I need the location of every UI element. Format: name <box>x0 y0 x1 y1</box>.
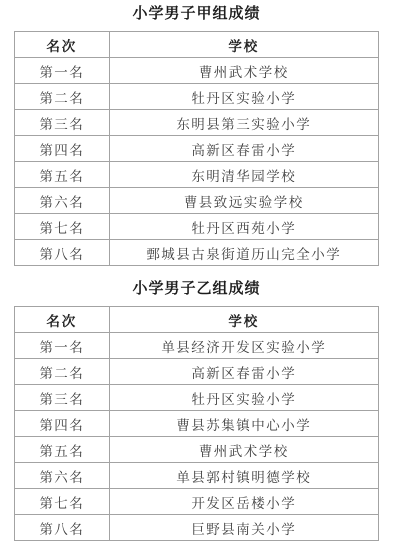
header-cell-rank: 名次 <box>15 307 110 333</box>
school-cell: 高新区春雷小学 <box>109 359 378 385</box>
school-cell: 牡丹区实验小学 <box>109 84 378 110</box>
table-row: 第五名 东明清华园学校 <box>15 162 379 188</box>
rank-cell: 第三名 <box>15 385 110 411</box>
table-row: 第八名 鄄城县古泉街道历山完全小学 <box>15 240 379 266</box>
results-document: 小学男子甲组成绩 名次 学校 第一名 曹州武术学校 第二名 牡丹区实验小学 <box>0 0 393 541</box>
rank-cell: 第七名 <box>15 214 110 240</box>
table-row: 第二名 牡丹区实验小学 <box>15 84 379 110</box>
table-row: 第六名 曹县致远实验学校 <box>15 188 379 214</box>
school-cell: 巨野县南关小学 <box>109 515 378 541</box>
school-cell: 曹州武术学校 <box>109 437 378 463</box>
header-row: 名次 学校 <box>15 307 379 333</box>
rank-cell: 第六名 <box>15 463 110 489</box>
header-cell-rank: 名次 <box>15 32 110 58</box>
rank-cell: 第八名 <box>15 515 110 541</box>
rank-cell: 第一名 <box>15 333 110 359</box>
table-row: 第三名 东明县第三实验小学 <box>15 110 379 136</box>
school-cell: 高新区春雷小学 <box>109 136 378 162</box>
header-cell-school: 学校 <box>109 32 378 58</box>
table-row: 第三名 牡丹区实验小学 <box>15 385 379 411</box>
table-row: 第四名 高新区春雷小学 <box>15 136 379 162</box>
rank-cell: 第六名 <box>15 188 110 214</box>
table-title-group-b: 小学男子乙组成绩 <box>14 280 379 298</box>
school-cell: 曹县致远实验学校 <box>109 188 378 214</box>
rank-cell: 第八名 <box>15 240 110 266</box>
table-row: 第二名 高新区春雷小学 <box>15 359 379 385</box>
rank-cell: 第一名 <box>15 58 110 84</box>
table-row: 第四名 曹县苏集镇中心小学 <box>15 411 379 437</box>
results-table-group-b: 名次 学校 第一名 单县经济开发区实验小学 第二名 高新区春雷小学 第三名 牡丹… <box>14 306 379 541</box>
table-row: 第七名 开发区岳楼小学 <box>15 489 379 515</box>
rank-cell: 第四名 <box>15 136 110 162</box>
table-row: 第七名 牡丹区西苑小学 <box>15 214 379 240</box>
rank-cell: 第二名 <box>15 84 110 110</box>
rank-cell: 第五名 <box>15 162 110 188</box>
header-cell-school: 学校 <box>109 307 378 333</box>
rank-cell: 第三名 <box>15 110 110 136</box>
school-cell: 单县郭村镇明德学校 <box>109 463 378 489</box>
school-cell: 东明清华园学校 <box>109 162 378 188</box>
group-a-section: 小学男子甲组成绩 名次 学校 第一名 曹州武术学校 第二名 牡丹区实验小学 <box>14 5 379 266</box>
header-row: 名次 学校 <box>15 32 379 58</box>
table-row: 第八名 巨野县南关小学 <box>15 515 379 541</box>
school-cell: 曹州武术学校 <box>109 58 378 84</box>
table-row: 第六名 单县郭村镇明德学校 <box>15 463 379 489</box>
table-row: 第一名 曹州武术学校 <box>15 58 379 84</box>
table-row: 第一名 单县经济开发区实验小学 <box>15 333 379 359</box>
results-table-group-a: 名次 学校 第一名 曹州武术学校 第二名 牡丹区实验小学 第三名 东明县第三实验… <box>14 31 379 266</box>
school-cell: 鄄城县古泉街道历山完全小学 <box>109 240 378 266</box>
school-cell: 东明县第三实验小学 <box>109 110 378 136</box>
school-cell: 曹县苏集镇中心小学 <box>109 411 378 437</box>
rank-cell: 第七名 <box>15 489 110 515</box>
school-cell: 开发区岳楼小学 <box>109 489 378 515</box>
group-b-section: 小学男子乙组成绩 名次 学校 第一名 单县经济开发区实验小学 第二名 高新区春雷… <box>14 280 379 541</box>
rank-cell: 第二名 <box>15 359 110 385</box>
table-title-group-a: 小学男子甲组成绩 <box>14 5 379 23</box>
rank-cell: 第五名 <box>15 437 110 463</box>
school-cell: 牡丹区西苑小学 <box>109 214 378 240</box>
school-cell: 单县经济开发区实验小学 <box>109 333 378 359</box>
table-row: 第五名 曹州武术学校 <box>15 437 379 463</box>
school-cell: 牡丹区实验小学 <box>109 385 378 411</box>
rank-cell: 第四名 <box>15 411 110 437</box>
